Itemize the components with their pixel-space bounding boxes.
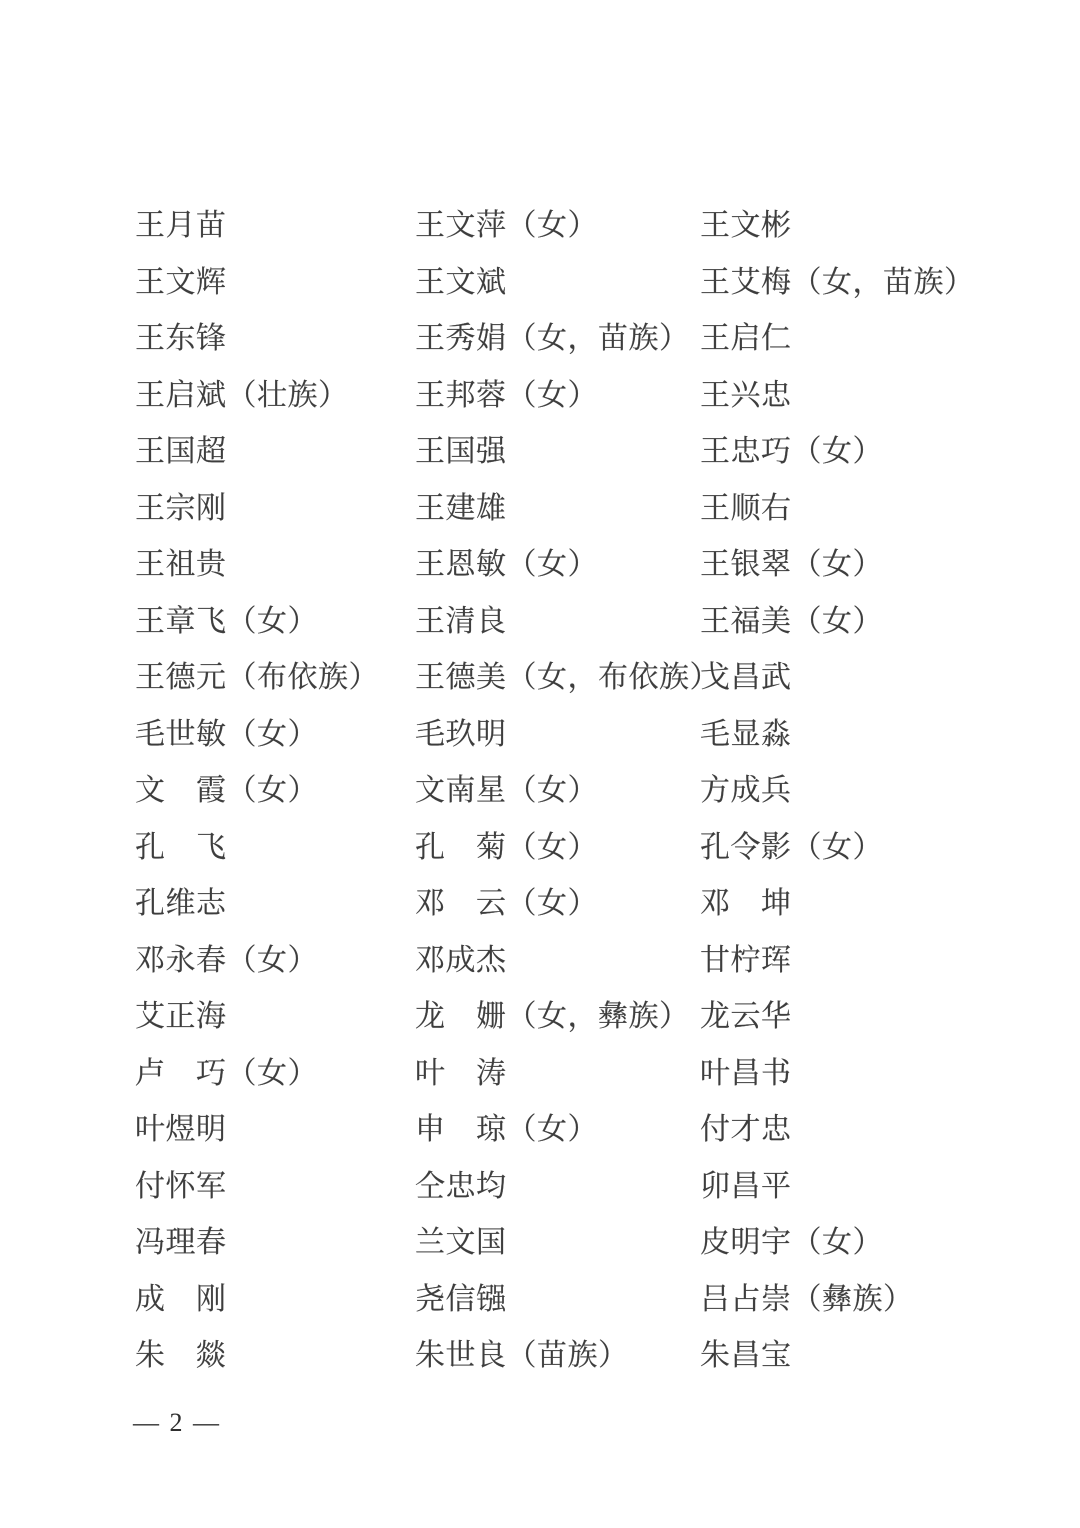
name-entry: 叶昌书 [700, 1048, 1045, 1092]
name-row: 冯理春兰文国皮明宇（女） [135, 1211, 1045, 1268]
name-entry: 兰文国 [415, 1217, 700, 1261]
name-entry: 王国超 [135, 426, 415, 470]
name-entry: 仝忠均 [415, 1161, 700, 1205]
name-entry: 龙云华 [700, 991, 1045, 1035]
name-row: 成 刚尧信镪吕占崇（彝族） [135, 1268, 1045, 1325]
name-entry: 王建雄 [415, 483, 700, 527]
name-entry: 孔维志 [135, 878, 415, 922]
name-entry: 王德元（布依族） [135, 652, 415, 696]
name-entry: 毛世敏（女） [135, 709, 415, 753]
name-entry: 孔令影（女） [700, 822, 1045, 866]
name-row: 邓永春（女）邓成杰甘柠珲 [135, 929, 1045, 986]
name-entry: 王文辉 [135, 257, 415, 301]
name-entry: 王宗刚 [135, 483, 415, 527]
name-entry: 龙 姗（女，彝族） [415, 991, 700, 1035]
name-entry: 王忠巧（女） [700, 426, 1045, 470]
name-row: 王德元（布依族）王德美（女，布依族）戈昌武 [135, 646, 1045, 703]
name-entry: 甘柠珲 [700, 935, 1045, 979]
document-page: 王月苗王文萍（女）王文彬王文辉王文斌王艾梅（女，苗族）王东锋王秀娟（女，苗族）王… [0, 0, 1080, 1528]
name-entry: 王恩敏（女） [415, 539, 700, 583]
name-entry: 王文萍（女） [415, 200, 700, 244]
name-entry: 朱世良（苗族） [415, 1330, 700, 1374]
name-list: 王月苗王文萍（女）王文彬王文辉王文斌王艾梅（女，苗族）王东锋王秀娟（女，苗族）王… [135, 194, 1045, 1381]
name-entry: 孔 飞 [135, 822, 415, 866]
name-entry: 叶煜明 [135, 1104, 415, 1148]
name-entry: 付怀军 [135, 1161, 415, 1205]
name-entry: 王邦蓉（女） [415, 370, 700, 414]
name-entry: 王国强 [415, 426, 700, 470]
name-entry: 冯理春 [135, 1217, 415, 1261]
name-row: 付怀军仝忠均卯昌平 [135, 1155, 1045, 1212]
name-entry: 毛显淼 [700, 709, 1045, 753]
name-row: 王章飞（女）王清良王福美（女） [135, 590, 1045, 647]
name-entry: 邓 云（女） [415, 878, 700, 922]
name-row: 王宗刚王建雄王顺右 [135, 477, 1045, 534]
name-entry: 王月苗 [135, 200, 415, 244]
name-row: 叶煜明申 琼（女）付才忠 [135, 1098, 1045, 1155]
name-entry: 叶 涛 [415, 1048, 700, 1092]
name-entry: 王清良 [415, 596, 700, 640]
name-row: 卢 巧（女）叶 涛叶昌书 [135, 1042, 1045, 1099]
name-entry: 戈昌武 [700, 652, 1045, 696]
name-entry: 王德美（女，布依族） [415, 652, 700, 696]
name-entry: 卯昌平 [700, 1161, 1045, 1205]
name-entry: 方成兵 [700, 765, 1045, 809]
name-entry: 邓成杰 [415, 935, 700, 979]
name-row: 朱 燚朱世良（苗族）朱昌宝 [135, 1324, 1045, 1381]
name-entry: 付才忠 [700, 1104, 1045, 1148]
name-entry: 王艾梅（女，苗族） [700, 257, 1045, 301]
name-entry: 王银翠（女） [700, 539, 1045, 583]
name-entry: 王顺右 [700, 483, 1045, 527]
name-entry: 王福美（女） [700, 596, 1045, 640]
name-entry: 皮明宇（女） [700, 1217, 1045, 1261]
name-row: 文 霞（女）文南星（女）方成兵 [135, 759, 1045, 816]
name-entry: 艾正海 [135, 991, 415, 1035]
name-row: 王东锋王秀娟（女，苗族）王启仁 [135, 307, 1045, 364]
name-entry: 朱昌宝 [700, 1330, 1045, 1374]
name-entry: 王文斌 [415, 257, 700, 301]
name-entry: 王章飞（女） [135, 596, 415, 640]
name-row: 孔 飞孔 菊（女）孔令影（女） [135, 816, 1045, 873]
name-entry: 王文彬 [700, 200, 1045, 244]
name-entry: 文 霞（女） [135, 765, 415, 809]
name-entry: 申 琼（女） [415, 1104, 700, 1148]
name-entry: 卢 巧（女） [135, 1048, 415, 1092]
name-entry: 邓 坤 [700, 878, 1045, 922]
name-row: 艾正海龙 姗（女，彝族）龙云华 [135, 985, 1045, 1042]
name-entry: 王启斌（壮族） [135, 370, 415, 414]
name-entry: 邓永春（女） [135, 935, 415, 979]
name-entry: 王兴忠 [700, 370, 1045, 414]
name-entry: 王启仁 [700, 313, 1045, 357]
name-entry: 成 刚 [135, 1274, 415, 1318]
name-entry: 朱 燚 [135, 1330, 415, 1374]
page-number: — 2 — [133, 1408, 221, 1438]
name-row: 王月苗王文萍（女）王文彬 [135, 194, 1045, 251]
name-row: 王祖贵王恩敏（女）王银翠（女） [135, 533, 1045, 590]
name-row: 王文辉王文斌王艾梅（女，苗族） [135, 251, 1045, 308]
name-entry: 孔 菊（女） [415, 822, 700, 866]
name-entry: 吕占崇（彝族） [700, 1274, 1045, 1318]
name-row: 王启斌（壮族）王邦蓉（女）王兴忠 [135, 364, 1045, 421]
name-entry: 王秀娟（女，苗族） [415, 313, 700, 357]
name-entry: 王东锋 [135, 313, 415, 357]
name-entry: 文南星（女） [415, 765, 700, 809]
name-entry: 王祖贵 [135, 539, 415, 583]
name-row: 毛世敏（女）毛玖明毛显淼 [135, 703, 1045, 760]
name-entry: 尧信镪 [415, 1274, 700, 1318]
name-row: 孔维志邓 云（女）邓 坤 [135, 872, 1045, 929]
name-row: 王国超王国强王忠巧（女） [135, 420, 1045, 477]
name-entry: 毛玖明 [415, 709, 700, 753]
